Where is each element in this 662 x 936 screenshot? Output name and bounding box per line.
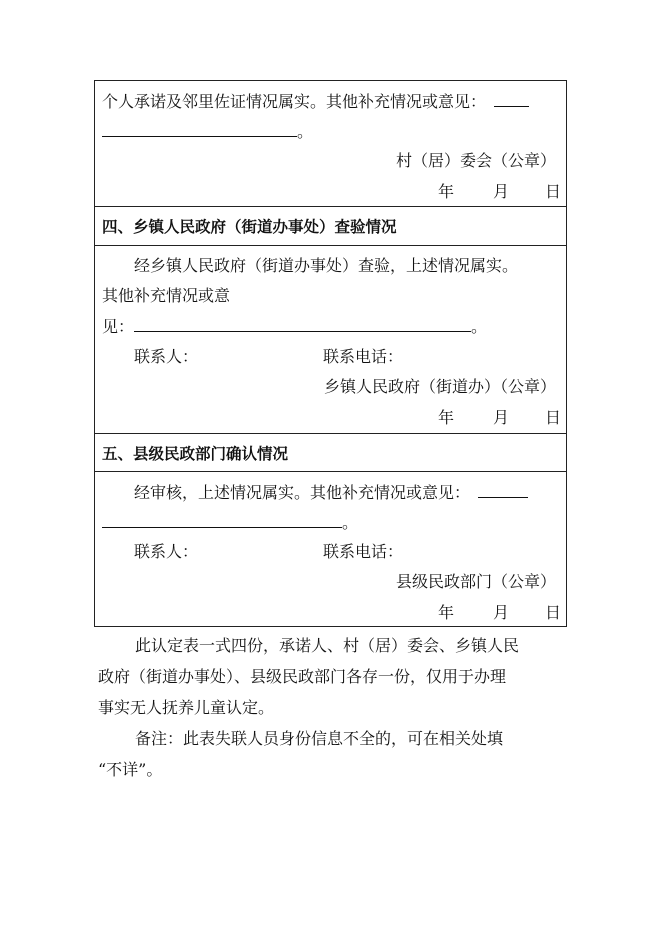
section4-opinion-label: 其他补充情况或意 xyxy=(102,286,230,306)
village-committee-seal-label: 村（居）委会（公章） xyxy=(396,151,556,171)
opinion-blank-line[interactable] xyxy=(478,482,528,498)
contact-person-label: 联系人： xyxy=(134,347,198,367)
opinion-blank-line[interactable] xyxy=(494,91,529,107)
contact-phone-label: 联系电话： xyxy=(323,542,403,562)
section3-statement: 个人承诺及邻里佐证情况属实。其他补充情况或意见： xyxy=(102,91,529,112)
township-seal-label: 乡镇人民政府（街道办）（公章） xyxy=(324,377,556,397)
section4-title: 四、乡镇人民政府（街道办事处）查验情况 xyxy=(102,217,397,237)
section5-statement: 经审核，上述情况属实。其他补充情况或意见： xyxy=(134,482,528,503)
contact-person-label: 联系人： xyxy=(134,542,198,562)
section4-body: 经乡镇人民政府（街道办事处）查验，上述情况属实。 其他补充情况或意 见：。 联系… xyxy=(95,245,566,433)
county-civil-affairs-seal-label: 县级民政部门（公章） xyxy=(396,572,556,592)
confirmation-form-table: 个人承诺及邻里佐证情况属实。其他补充情况或意见： 。 村（居）委会（公章） 年 … xyxy=(94,80,567,627)
opinion-blank-line-2[interactable] xyxy=(102,512,342,528)
date-month: 月 xyxy=(493,603,509,623)
section3-village-committee-cell: 个人承诺及邻里佐证情况属实。其他补充情况或意见： 。 村（居）委会（公章） 年 … xyxy=(95,81,566,206)
section4-header: 四、乡镇人民政府（街道办事处）查验情况 xyxy=(95,206,566,245)
opinion-blank-line-2[interactable] xyxy=(102,121,297,137)
opinion-blank-line[interactable] xyxy=(134,316,471,332)
date-day: 日 xyxy=(545,603,561,623)
section5-title: 五、县级民政部门确认情况 xyxy=(102,444,288,464)
remarks-note: 备注：此表失联人员身份信息不全的，可在相关处填 xyxy=(98,723,558,754)
contact-phone-label: 联系电话： xyxy=(323,347,403,367)
section3-opinion-continuation: 。 xyxy=(102,121,313,142)
date-year: 年 xyxy=(438,408,454,428)
section5-opinion-continuation: 。 xyxy=(102,512,358,533)
section5-header: 五、县级民政部门确认情况 xyxy=(95,433,566,471)
form-copies-note: 此认定表一式四份，承诺人、村（居）委会、乡镇人民 政府（街道办事处）、县级民政部… xyxy=(98,630,558,785)
date-month: 月 xyxy=(493,408,509,428)
section4-statement: 经乡镇人民政府（街道办事处）查验，上述情况属实。 xyxy=(134,256,518,276)
date-day: 日 xyxy=(545,182,561,202)
date-month: 月 xyxy=(493,182,509,202)
date-day: 日 xyxy=(545,408,561,428)
date-year: 年 xyxy=(438,603,454,623)
date-year: 年 xyxy=(438,182,454,202)
section4-opinion-field: 见：。 xyxy=(102,316,487,337)
section5-body: 经审核，上述情况属实。其他补充情况或意见： 。 联系人： 联系电话： 县级民政部… xyxy=(95,471,566,626)
